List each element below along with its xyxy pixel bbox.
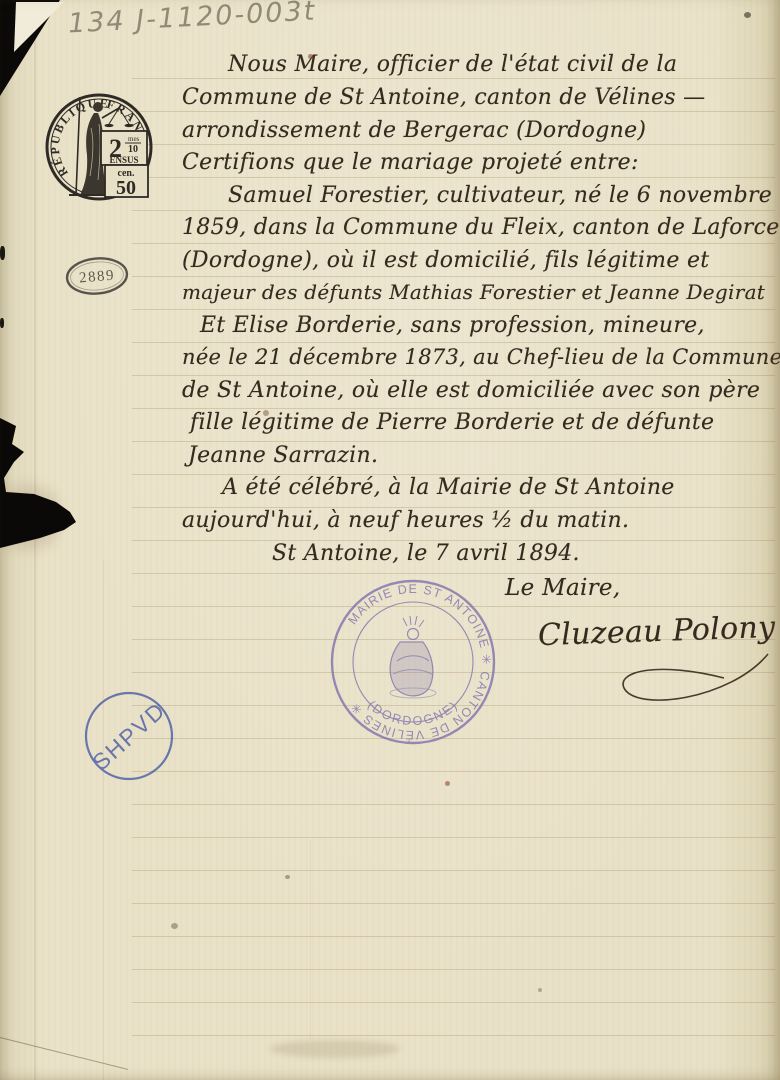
edge-nick bbox=[0, 246, 5, 260]
foxing-spot bbox=[445, 781, 450, 786]
handwritten-line: Et Elise Borderie, sans profession, mine… bbox=[200, 313, 705, 338]
closing-title: Le Maire, bbox=[505, 575, 620, 601]
handwritten-line: St Antoine, le 7 avril 1894. bbox=[272, 541, 580, 566]
foxing-spot bbox=[308, 54, 313, 59]
archive-stamp-text: SHPVD bbox=[87, 696, 171, 775]
edge-nick bbox=[0, 318, 4, 328]
corner-crease bbox=[0, 1035, 128, 1070]
handwritten-line: 1859, dans la Commune du Fleix, canton d… bbox=[182, 215, 780, 240]
archive-stamp: SHPVD bbox=[80, 687, 178, 785]
fold-crease bbox=[103, 560, 104, 1080]
fold-crease bbox=[310, 840, 311, 1040]
handwritten-line: Nous Maire, officier de l'état civil de … bbox=[228, 52, 677, 77]
handwritten-line: Certifions que le mariage projeté entre: bbox=[182, 150, 639, 175]
handwritten-line: aujourd'hui, à neuf heures ½ du matin. bbox=[182, 508, 629, 533]
show-through-smudge bbox=[270, 1040, 400, 1058]
fiscal-stamp-surcharge: 2 mes 10 ENSUS bbox=[101, 131, 147, 165]
foxing-spot bbox=[285, 875, 290, 879]
fiscal-stamp-value: cen. 50 bbox=[105, 165, 148, 199]
scanned-document: 134 J-1120-003t RÉPUBLIQUE FRANÇAISE bbox=[0, 0, 780, 1080]
handwritten-line: Commune de St Antoine, canton de Vélines… bbox=[182, 85, 706, 110]
svg-text:ENSUS: ENSUS bbox=[109, 155, 138, 165]
fiscal-stamp: RÉPUBLIQUE FRANÇAISE 2 mes 10 ENSUS bbox=[42, 80, 156, 216]
foxing-spot bbox=[744, 12, 751, 18]
handwritten-line: née le 21 décembre 1873, au Chef-lieu de… bbox=[182, 345, 780, 369]
foxing-spot bbox=[538, 988, 542, 992]
oval-stamp-number: 2889 bbox=[78, 267, 115, 286]
oval-number-stamp: 2889 bbox=[58, 248, 136, 304]
handwritten-line: A été célébré, à la Mairie de St Antoine bbox=[222, 475, 675, 500]
pencil-reference: 134 J-1120-003t bbox=[67, 0, 317, 39]
seal-marianne-icon bbox=[390, 616, 436, 698]
handwritten-line: (Dordogne), où il est domicilié, fils lé… bbox=[182, 248, 709, 273]
foxing-spot bbox=[171, 923, 178, 929]
svg-text:10: 10 bbox=[128, 144, 138, 155]
municipal-seal-stamp: MAIRIE DE ST ANTOINE ✳ CANTON DE VÉLINES… bbox=[327, 576, 499, 748]
handwritten-line: Samuel Forestier, cultivateur, né le 6 n… bbox=[228, 183, 772, 208]
signature-flourish bbox=[600, 650, 780, 712]
svg-text:mes: mes bbox=[128, 135, 140, 143]
handwritten-line: Jeanne Sarrazin. bbox=[188, 443, 378, 468]
handwritten-line: de St Antoine, où elle est domiciliée av… bbox=[182, 378, 760, 403]
svg-text:50: 50 bbox=[116, 177, 136, 199]
handwritten-line: majeur des défunts Mathias Forestier et … bbox=[182, 280, 765, 304]
foxing-spot bbox=[263, 410, 269, 416]
handwritten-line: arrondissement de Bergerac (Dordogne) bbox=[182, 118, 646, 143]
